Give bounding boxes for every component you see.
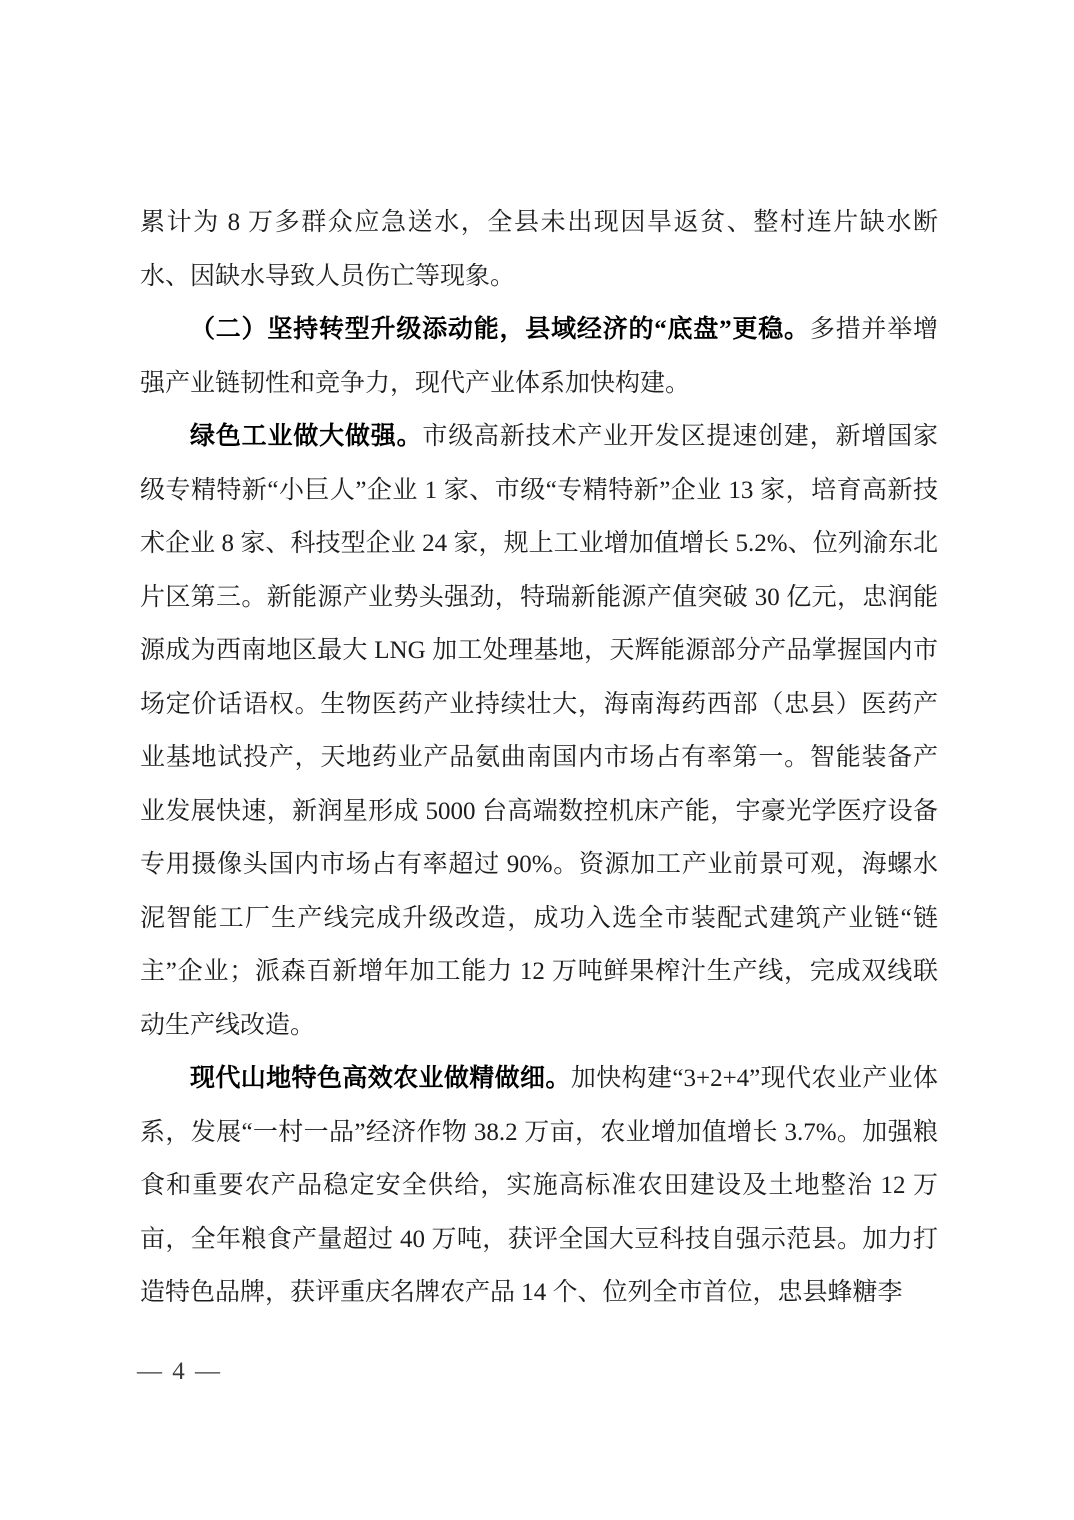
bold-heading-segment: （二）坚持转型升级添动能，县域经济的“底盘”更稳。 bbox=[190, 316, 810, 343]
text-segment: 累计为 8 万多群众应急送水，全县未出现因旱返贫、整村连片缺水断水、因缺水导致人… bbox=[140, 209, 938, 290]
document-page: 累计为 8 万多群众应急送水，全县未出现因旱返贫、整村连片缺水断水、因缺水导致人… bbox=[0, 0, 1074, 1520]
bold-heading-segment: 绿色工业做大做强。 bbox=[190, 423, 422, 450]
text-segment: 市级高新技术产业开发区提速创建，新增国家级专精特新“小巨人”企业 1 家、市级“… bbox=[140, 423, 938, 1039]
document-body: 累计为 8 万多群众应急送水，全县未出现因旱返贫、整村连片缺水断水、因缺水导致人… bbox=[140, 196, 938, 1320]
bold-heading-segment: 现代山地特色高效农业做精做细。 bbox=[190, 1065, 571, 1092]
text-segment: 加快构建“3+2+4”现代农业产业体系，发展“一村一品”经济作物 38.2 万亩… bbox=[140, 1065, 938, 1306]
para-green-industry: 绿色工业做大做强。市级高新技术产业开发区提速创建，新增国家级专精特新“小巨人”企… bbox=[140, 410, 938, 1052]
para-drought-relief-continuation: 累计为 8 万多群众应急送水，全县未出现因旱返贫、整村连片缺水断水、因缺水导致人… bbox=[140, 196, 938, 303]
page-number: — 4 — bbox=[137, 1352, 222, 1392]
para-mountain-agriculture: 现代山地特色高效农业做精做细。加快构建“3+2+4”现代农业产业体系，发展“一村… bbox=[140, 1052, 938, 1320]
para-section-two-heading: （二）坚持转型升级添动能，县域经济的“底盘”更稳。多措并举增强产业链韧性和竞争力… bbox=[140, 303, 938, 410]
